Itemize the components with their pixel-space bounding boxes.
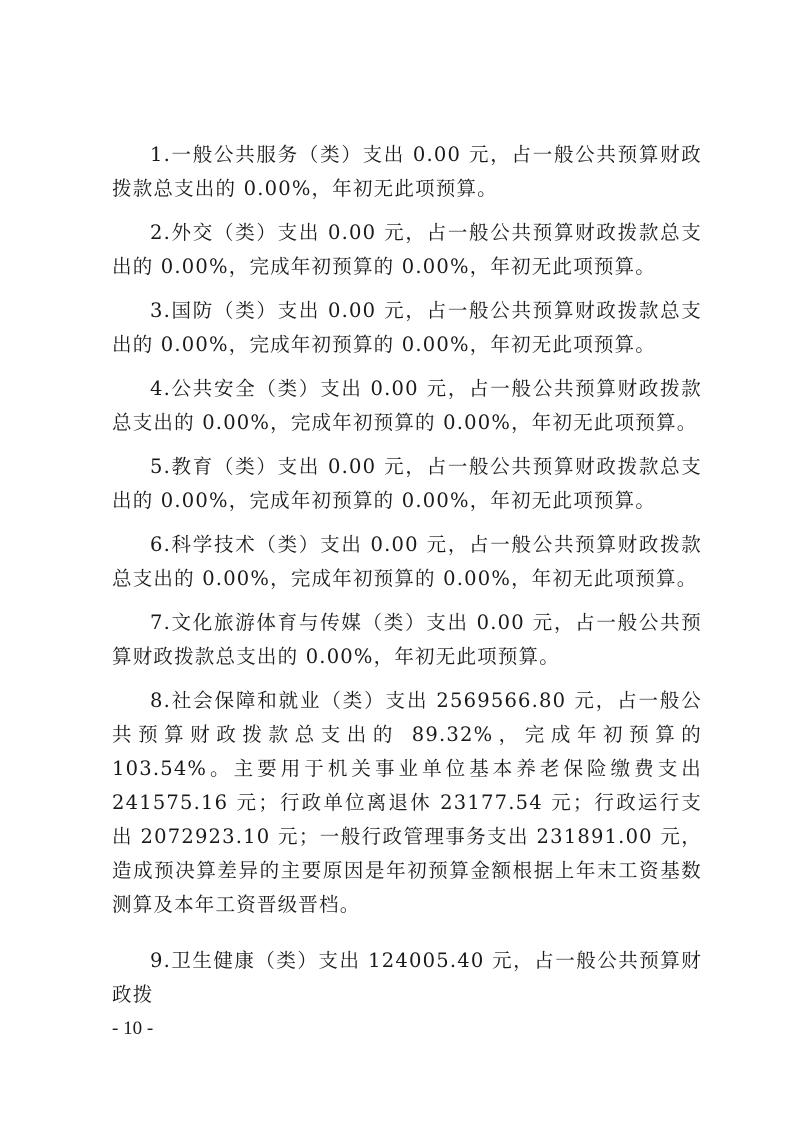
paragraph-culture-tourism-sports-media: 7.文化旅游体育与传媒（类）支出 0.00 元，占一般公共预算财政拨款总支出的 … — [112, 606, 702, 674]
paragraph-health: 9.卫生健康（类）支出 124005.40 元，占一般公共预算财政拨 — [112, 944, 702, 1012]
paragraph-general-public-services: 1.一般公共服务（类）支出 0.00 元，占一般公共预算财政拨款总支出的 0.0… — [112, 138, 702, 206]
paragraph-public-security: 4.公共安全（类）支出 0.00 元，占一般公共预算财政拨款总支出的 0.00%… — [112, 372, 702, 440]
document-body: 1.一般公共服务（类）支出 0.00 元，占一般公共预算财政拨款总支出的 0.0… — [112, 138, 702, 1022]
paragraph-national-defense: 3.国防（类）支出 0.00 元，占一般公共预算财政拨款总支出的 0.00%，完… — [112, 294, 702, 362]
paragraph-science-technology: 6.科学技术（类）支出 0.00 元，占一般公共预算财政拨款总支出的 0.00%… — [112, 528, 702, 596]
paragraph-education: 5.教育（类）支出 0.00 元，占一般公共预算财政拨款总支出的 0.00%，完… — [112, 450, 702, 518]
document-page: 1.一般公共服务（类）支出 0.00 元，占一般公共预算财政拨款总支出的 0.0… — [0, 0, 793, 1122]
paragraph-social-security-employment: 8.社会保障和就业（类）支出 2569566.80 元，占一般公共预算财政拨款总… — [112, 684, 702, 922]
page-number: - 10 - — [112, 1018, 153, 1040]
paragraph-foreign-affairs: 2.外交（类）支出 0.00 元，占一般公共预算财政拨款总支出的 0.00%，完… — [112, 216, 702, 284]
